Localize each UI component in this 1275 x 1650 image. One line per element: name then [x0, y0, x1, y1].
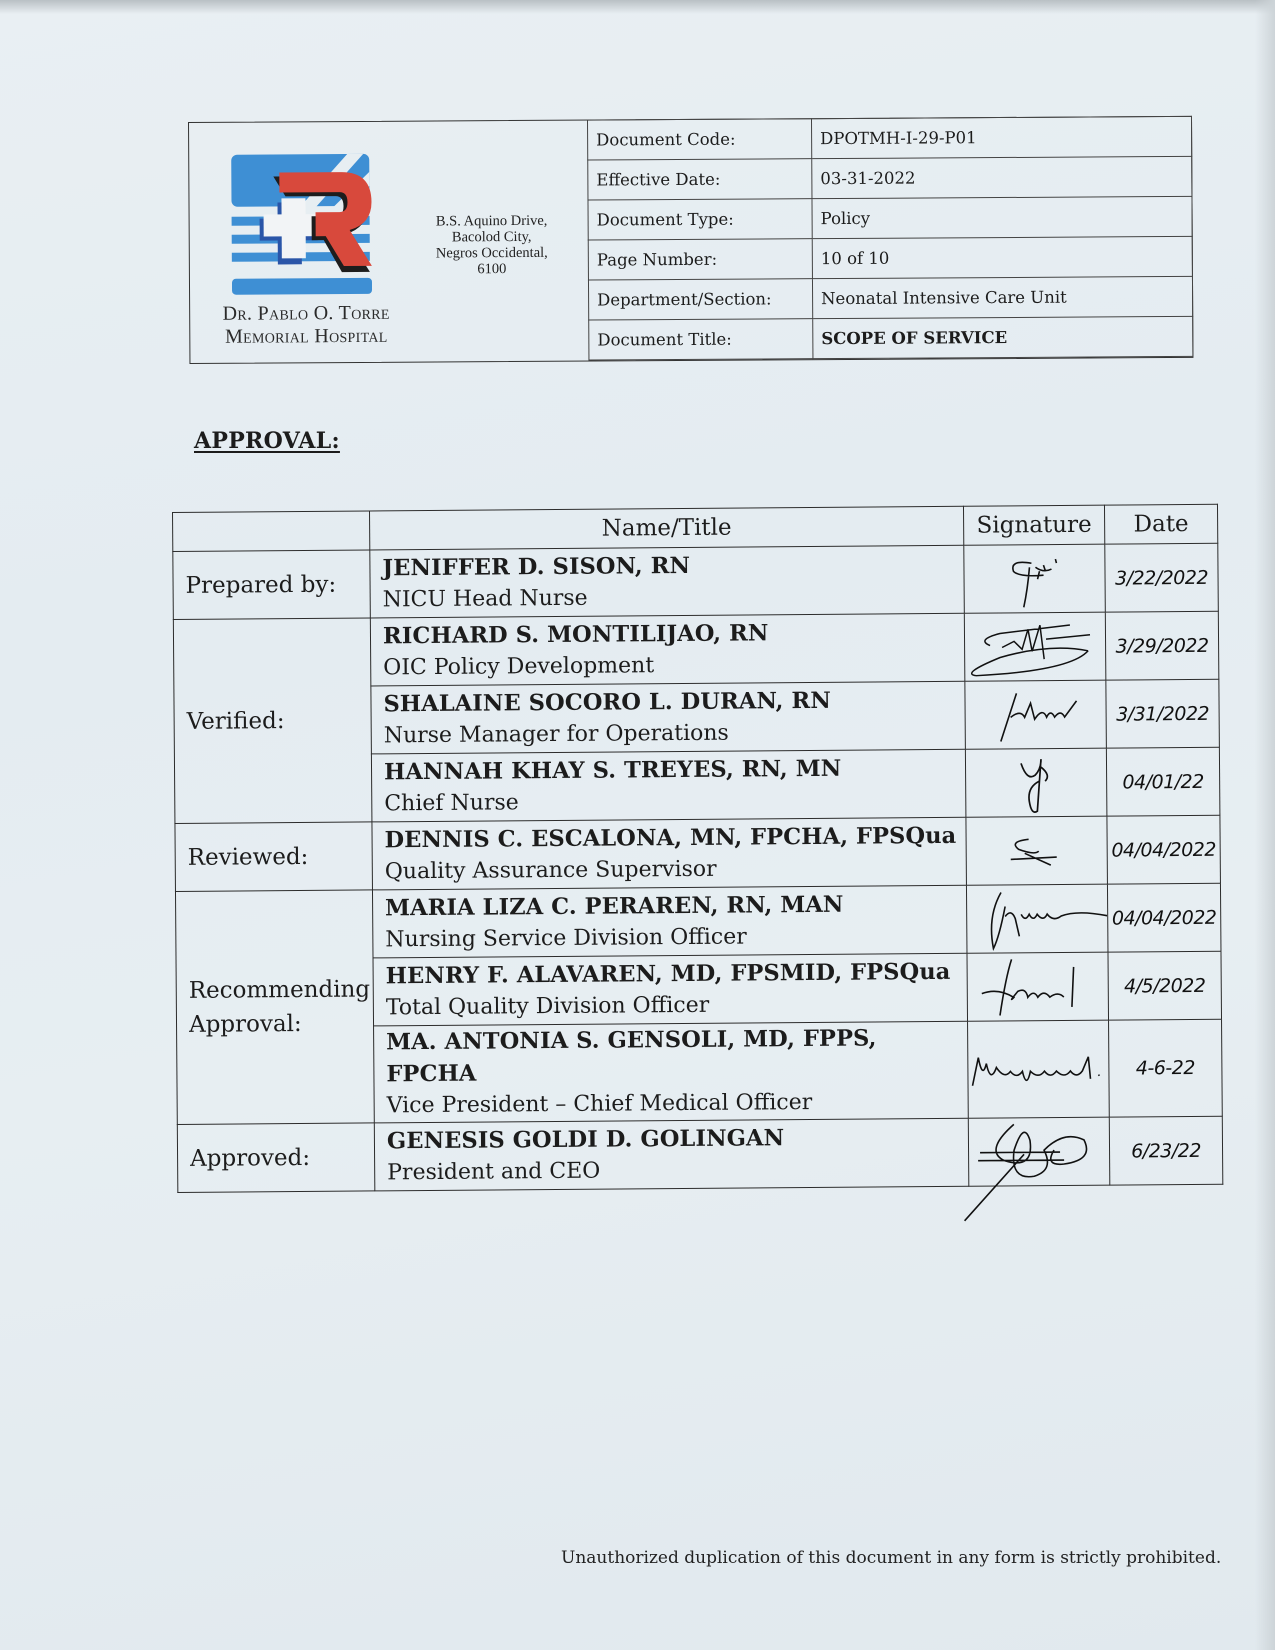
- person-title: Total Quality Division Officer: [386, 987, 967, 1024]
- person-cell: MA. ANTONIA S. GENSOLI, MD, FPPS, FPCHA …: [374, 1021, 969, 1123]
- handwritten-signature-icon: [967, 885, 1108, 952]
- signature-cell: [964, 544, 1106, 613]
- table-row: Prepared by: JENIFFER D. SISON, RN NICU …: [173, 543, 1219, 619]
- person-title: Chief Nurse: [384, 783, 965, 820]
- meta-row-page-number: Page Number: 10 of 10: [588, 236, 1192, 280]
- document-code-value: DPOTMH-I-29-P01: [811, 116, 1191, 158]
- signature-date: 3/29/2022: [1105, 611, 1219, 680]
- person-name: HENRY F. ALAVAREN, MD, FPSMID, FPSQua: [386, 955, 967, 992]
- signature-date: 4/5/2022: [1108, 951, 1222, 1020]
- person-cell: RICHARD S. MONTILIJAO, RN OIC Policy Dev…: [370, 613, 965, 686]
- column-header-date: Date: [1104, 504, 1217, 544]
- handwritten-signature-icon: [1011, 751, 1062, 815]
- handwritten-signature-icon: [970, 614, 1100, 679]
- handwritten-signature-icon: [990, 686, 1080, 743]
- meta-row-document-type: Document Type: Policy: [588, 196, 1192, 240]
- signature-date: 3/31/2022: [1106, 679, 1220, 748]
- signature-date: 4-6-22: [1109, 1019, 1223, 1117]
- approval-heading: APPROVAL:: [194, 428, 340, 454]
- signature-cell: [965, 748, 1107, 817]
- signature-date: 6/23/22: [1109, 1116, 1223, 1185]
- column-header-name-title: Name/Title: [369, 506, 963, 550]
- role-recommending-approval: Recommending Approval:: [175, 890, 374, 1125]
- role-verified: Verified:: [173, 618, 372, 824]
- signature-cell: [967, 952, 1109, 1021]
- person-cell: SHALAINE SOCORO L. DURAN, RN Nurse Manag…: [371, 681, 966, 754]
- person-name: HANNAH KHAY S. TREYES, RN, MN: [384, 751, 965, 788]
- handwritten-signature-icon: [968, 1049, 1108, 1090]
- person-title: Quality Assurance Supervisor: [385, 851, 966, 888]
- scan-edge-shadow: [0, 0, 1275, 14]
- person-name: GENESIS GOLDI D. GOLINGAN: [387, 1120, 968, 1157]
- document-meta-table: Document Code: DPOTMH-I-29-P01 Effective…: [587, 116, 1193, 361]
- meta-label: Department/Section:: [588, 279, 812, 320]
- signature-cell: [964, 612, 1106, 681]
- signature-date: 04/04/2022: [1107, 815, 1221, 884]
- person-title: President and CEO: [387, 1152, 968, 1189]
- effective-date-value: 03-31-2022: [812, 156, 1192, 198]
- person-title: NICU Head Nurse: [383, 579, 964, 616]
- meta-row-document-title: Document Title: SCOPE OF SERVICE: [589, 316, 1193, 360]
- person-title: Vice President – Chief Medical Officer: [387, 1086, 968, 1123]
- person-name: RICHARD S. MONTILIJAO, RN: [383, 615, 964, 652]
- role-reviewed: Reviewed:: [175, 822, 373, 892]
- table-row: Recommending Approval: MARIA LIZA C. PER…: [175, 883, 1221, 959]
- meta-label: Document Type:: [588, 199, 812, 240]
- signature-date: 04/01/22: [1106, 747, 1220, 816]
- document-type-value: Policy: [812, 196, 1192, 238]
- table-row: Verified: RICHARD S. MONTILIJAO, RN OIC …: [173, 611, 1219, 687]
- signature-cell: [968, 1020, 1110, 1118]
- person-name: MA. ANTONIA S. GENSOLI, MD, FPPS, FPCHA: [386, 1022, 967, 1091]
- signature-cell: [966, 816, 1108, 885]
- signature-date: 3/22/2022: [1105, 543, 1219, 612]
- person-cell: JENIFFER D. SISON, RN NICU Head Nurse: [370, 545, 965, 618]
- hospital-name: Dr. Pablo O. Torre Memorial Hospital: [200, 302, 412, 349]
- duplication-notice: Unauthorized duplication of this documen…: [561, 1548, 1221, 1568]
- person-name: DENNIS C. ESCALONA, MN, FPCHA, FPSQua: [384, 819, 965, 856]
- person-name: MARIA LIZA C. PERAREN, RN, MAN: [385, 887, 966, 924]
- column-header-signature: Signature: [963, 505, 1104, 545]
- person-title: Nurse Manager for Operations: [384, 715, 965, 752]
- hospital-address: B.S. Aquino Drive, Bacolod City, Negros …: [408, 213, 576, 278]
- person-cell: GENESIS GOLDI D. GOLINGAN President and …: [374, 1118, 969, 1191]
- person-title: OIC Policy Development: [383, 647, 964, 684]
- meta-row-document-code: Document Code: DPOTMH-I-29-P01: [587, 116, 1191, 160]
- department-value: Neonatal Intensive Care Unit: [812, 276, 1192, 318]
- meta-label: Document Code:: [587, 119, 811, 160]
- handwritten-signature-icon: [978, 956, 1098, 1017]
- meta-label: Effective Date:: [588, 159, 812, 200]
- document-title-value: SCOPE OF SERVICE: [813, 316, 1193, 358]
- page-number-value: 10 of 10: [812, 236, 1192, 278]
- person-name: SHALAINE SOCORO L. DURAN, RN: [383, 683, 964, 720]
- hospital-cross-r-logo-icon: [229, 150, 380, 301]
- person-cell: HENRY F. ALAVAREN, MD, FPSMID, FPSQua To…: [373, 953, 968, 1026]
- handwritten-signature-icon: [999, 548, 1069, 609]
- person-title: Nursing Service Division Officer: [385, 919, 966, 956]
- column-header-role: [173, 511, 370, 552]
- role-prepared-by: Prepared by:: [173, 550, 371, 620]
- handwritten-signature-icon: [974, 1119, 1104, 1184]
- meta-row-effective-date: Effective Date: 03-31-2022: [588, 156, 1192, 200]
- approval-table: Name/Title Signature Date Prepared by: J…: [172, 504, 1223, 1193]
- table-row: Reviewed: DENNIS C. ESCALONA, MN, FPCHA,…: [175, 815, 1221, 891]
- document-header: Dr. Pablo O. Torre Memorial Hospital B.S…: [188, 116, 1193, 364]
- signature-cell: [965, 680, 1107, 749]
- signature-cell: [968, 1117, 1110, 1186]
- table-row: Approved: GENESIS GOLDI D. GOLINGAN Pres…: [177, 1116, 1223, 1192]
- person-name: JENIFFER D. SISON, RN: [382, 547, 963, 584]
- person-cell: HANNAH KHAY S. TREYES, RN, MN Chief Nurs…: [371, 749, 966, 822]
- person-cell: MARIA LIZA C. PERAREN, RN, MAN Nursing S…: [372, 885, 967, 958]
- signature-cell: [966, 884, 1108, 953]
- handwritten-signature-icon: [1005, 830, 1069, 871]
- scan-edge-shadow-right: [1255, 0, 1275, 1650]
- meta-label: Page Number:: [588, 239, 812, 280]
- role-approved: Approved:: [177, 1123, 375, 1193]
- meta-label: Document Title:: [589, 319, 813, 360]
- signature-date: 04/04/2022: [1107, 883, 1221, 952]
- meta-row-department: Department/Section: Neonatal Intensive C…: [588, 276, 1192, 320]
- person-cell: DENNIS C. ESCALONA, MN, FPCHA, FPSQua Qu…: [372, 817, 967, 890]
